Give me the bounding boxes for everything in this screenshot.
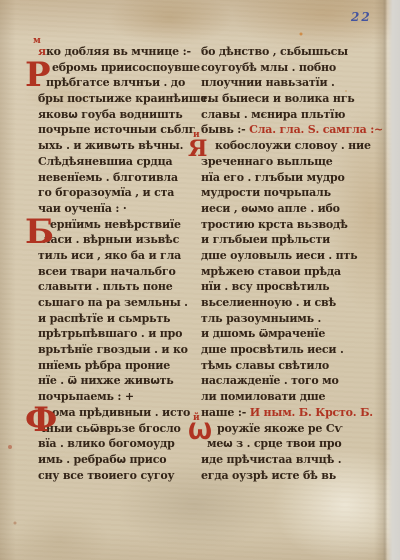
body-text: иде прѣчистаа влчцѣ . xyxy=(201,453,341,466)
text-line: ома прѣдивныи . исто xyxy=(52,405,198,421)
text-line: мудрости почрьпаль xyxy=(201,185,369,201)
body-text: тиль иси , яко ба и гла xyxy=(38,249,181,262)
text-line: и глъбыеи прѣльсти xyxy=(201,232,369,248)
text-line: ебромь приисоспоувше xyxy=(52,60,198,76)
manuscript-page: 22 яко добляя вь мчнице :-ебромь приисос… xyxy=(0,0,400,560)
text-line: яковѡ гоуба водништь xyxy=(38,107,198,123)
text-column-left: яко добляя вь мчнице :-ебромь приисоспоу… xyxy=(38,44,198,483)
text-line: тиль иси , яко ба и гла xyxy=(38,248,198,264)
text-line: славы . мєнира пльтїю xyxy=(201,107,369,123)
body-text: зреченнаго вьпльще xyxy=(201,155,333,168)
text-line: чныи сьѿврьзе бгосло xyxy=(38,421,198,437)
decorated-initial: Ф xyxy=(25,403,57,437)
body-text: пнїемь рѣбра проние xyxy=(38,359,170,372)
body-text: егда оузрѣ исте бѣ вь xyxy=(201,469,336,482)
body-text: мрѣжею ставои прѣда xyxy=(201,265,341,278)
text-line: соугоубѣ млы . побно xyxy=(201,60,369,76)
body-text: ернїимь невѣрствиїе xyxy=(50,218,181,231)
text-line: и дшомь ѿмраченїе xyxy=(201,326,369,342)
body-text: нїи . всу просвѣтиль xyxy=(201,280,329,293)
body-text: сьшаго па ра земльны . xyxy=(38,296,188,309)
body-text: сну все твоиего сугоу xyxy=(38,469,174,482)
text-line: тль разоумныимь . xyxy=(201,311,369,327)
body-text: наше :- xyxy=(201,406,250,419)
body-text: тѣмь славы свѣтило xyxy=(201,359,329,372)
text-line: нїи . всу просвѣтиль xyxy=(201,279,369,295)
body-text: нїе . ѿ нихже живѡть xyxy=(38,374,174,387)
body-text: кобослоужи словоу . ние xyxy=(215,139,371,152)
decorated-initial: Я xyxy=(188,138,207,160)
decorated-initial: Б xyxy=(25,215,54,249)
decorated-initial: Р xyxy=(25,58,51,92)
text-line: сьшаго па ра земльны . xyxy=(38,295,198,311)
body-text: славы . мєнира пльтїю xyxy=(201,108,345,121)
body-text: бо дѣнство , сьбышьсы xyxy=(201,45,348,58)
text-line: роужїе якоже ре Сѵ xyxy=(217,421,369,437)
text-line: и распѣтїе и сьмрьть xyxy=(38,311,198,327)
body-text: мудрости почрьпаль xyxy=(201,186,331,199)
text-line: прѣбгатсе влчнъи . до xyxy=(46,75,198,91)
body-text: вьселиенноую . и свѣ xyxy=(201,296,336,309)
text-line: славыти . пльть поне xyxy=(38,279,198,295)
body-text: почрьпе источныи сьблг xyxy=(38,123,195,136)
text-line: ласи . вѣрныи изьвѣс xyxy=(43,232,198,248)
text-line: мрѣжею ставои прѣда xyxy=(201,264,369,280)
text-line: кобослоужи словоу . ние xyxy=(215,138,369,154)
text-line: чаи оученїа : · xyxy=(38,201,198,217)
text-line: нїа его . глъбыи мудро xyxy=(201,170,369,186)
body-text: славыти . пльть поне xyxy=(38,280,173,293)
text-line: дше просвѣтиль иеси . xyxy=(201,342,369,358)
text-line: пнїемь рѣбра проние xyxy=(38,358,198,374)
body-text: ли помиловати дше xyxy=(201,390,325,403)
text-line: всеи твари начальбго xyxy=(38,264,198,280)
body-text: ко добляя вь мчнице :- xyxy=(46,45,191,58)
body-text: и глъбыеи прѣльсти xyxy=(201,233,330,246)
body-text: меѡ з . срце твои про xyxy=(207,437,341,450)
body-text: чныи сьѿврьзе бгосло xyxy=(38,422,181,435)
body-text: ты быиеси и волика нгь xyxy=(201,92,355,105)
body-text: соугоубѣ млы . побно xyxy=(201,61,336,74)
text-column-right: бо дѣнство , сьбышьсысоугоубѣ млы . побн… xyxy=(201,44,369,483)
body-text: бры постыиже краинѣише. xyxy=(38,92,211,105)
text-line: ыхь . и живѡть вѣчны. xyxy=(38,138,198,154)
body-text: ыхь . и живѡть вѣчны. xyxy=(38,139,183,152)
body-text: дше просвѣтиль иеси . xyxy=(201,343,344,356)
text-line: ернїимь невѣрствиїе xyxy=(50,217,198,233)
text-line: иде прѣчистаа влчцѣ . xyxy=(201,452,369,468)
decorated-initial: м xyxy=(33,37,41,46)
text-line: яко добляя вь мчнице :- xyxy=(38,44,198,60)
body-text: прѣтрьпѣвшаго . и про xyxy=(38,327,182,340)
text-line: имь . ребрабѡ присо xyxy=(38,452,198,468)
text-line: почрьпе источныи сьблг xyxy=(38,122,198,138)
body-text: дше оуловыль иеси . пть xyxy=(201,249,357,262)
body-text: и дшомь ѿмраченїе xyxy=(201,327,325,340)
text-line: вїа . влико богомоудр xyxy=(38,436,198,452)
body-text: тростию крста вьзводѣ xyxy=(201,218,348,231)
page-number: 22 xyxy=(351,10,372,24)
text-line: почрьпаемь : + xyxy=(38,389,198,405)
text-line: нїе . ѿ нихже живѡть xyxy=(38,373,198,389)
body-text: всеи твари начальбго xyxy=(38,265,176,278)
body-text: го бгоразоумїа , и ста xyxy=(38,186,174,199)
text-line: иеси , ѳѡмо апле . ибо xyxy=(201,201,369,217)
body-text: плоучнии навьзатїи . xyxy=(201,76,335,89)
body-text: невенїемь . блготивла xyxy=(38,171,178,184)
text-line: наше :- И ным. Б. Крсто. Б. xyxy=(201,405,369,421)
text-line: прѣтрьпѣвшаго . и про xyxy=(38,326,198,342)
page-edge xyxy=(374,0,400,560)
decorated-initial: Ѡ xyxy=(188,421,212,443)
text-line: го бгоразоумїа , и ста xyxy=(38,185,198,201)
text-line: егда оузрѣ исте бѣ вь xyxy=(201,468,369,484)
body-text: бывь :- xyxy=(201,123,249,136)
body-text: имь . ребрабѡ присо xyxy=(38,453,166,466)
manuscript-photo: 22 яко добляя вь мчнице :-ебромь приисос… xyxy=(0,0,400,560)
text-line: тростию крста вьзводѣ xyxy=(201,217,369,233)
rubric-text: И ным. Б. Крсто. Б. xyxy=(250,406,373,419)
body-text: иеси , ѳѡмо апле . ибо xyxy=(201,202,340,215)
body-text: Слѣдѣяневшиа срдца xyxy=(38,155,172,168)
body-text: ебромь приисоспоувше xyxy=(52,61,200,74)
rubric-text: Сла. гла. Ѕ. самгла :~ xyxy=(249,123,383,136)
text-line: бо дѣнство , сьбышьсы xyxy=(201,44,369,60)
text-line: невенїемь . блготивла xyxy=(38,170,198,186)
text-line: зреченнаго вьпльще xyxy=(201,154,369,170)
body-text: врьтѣнїе гвоздыи . и ко xyxy=(38,343,188,356)
decorated-initial: и xyxy=(193,131,200,140)
body-text: нїа его . глъбыи мудро xyxy=(201,171,345,184)
ink-spots xyxy=(0,0,2,2)
text-line: бры постыиже краинѣише. xyxy=(38,91,198,107)
text-line: плоучнии навьзатїи . xyxy=(201,75,369,91)
body-text: роужїе якоже ре Сѵ xyxy=(217,422,342,435)
text-line: дше оуловыль иеси . пть xyxy=(201,248,369,264)
body-text: наслажденїе . того мо xyxy=(201,374,339,387)
text-line: ли помиловати дше xyxy=(201,389,369,405)
body-text: тль разоумныимь . xyxy=(201,312,321,325)
text-line: вьселиенноую . и свѣ xyxy=(201,295,369,311)
decorated-initial: й xyxy=(193,414,200,423)
body-text: яковѡ гоуба водништь xyxy=(38,108,182,121)
text-line: врьтѣнїе гвоздыи . и ко xyxy=(38,342,198,358)
text-line: Слѣдѣяневшиа срдца xyxy=(38,154,198,170)
text-line: сну все твоиего сугоу xyxy=(38,468,198,484)
text-line: бывь :- Сла. гла. Ѕ. самгла :~ xyxy=(201,122,369,138)
body-text: вїа . влико богомоудр xyxy=(38,437,175,450)
body-text: и распѣтїе и сьмрьть xyxy=(38,312,170,325)
body-text: ома прѣдивныи . исто xyxy=(52,406,190,419)
text-line: наслажденїе . того мо xyxy=(201,373,369,389)
text-line: ты быиеси и волика нгь xyxy=(201,91,369,107)
body-text: ласи . вѣрныи изьвѣс xyxy=(43,233,179,246)
text-line: меѡ з . срце твои про xyxy=(207,436,369,452)
body-text: прѣбгатсе влчнъи . до xyxy=(46,76,185,89)
text-line: тѣмь славы свѣтило xyxy=(201,358,369,374)
